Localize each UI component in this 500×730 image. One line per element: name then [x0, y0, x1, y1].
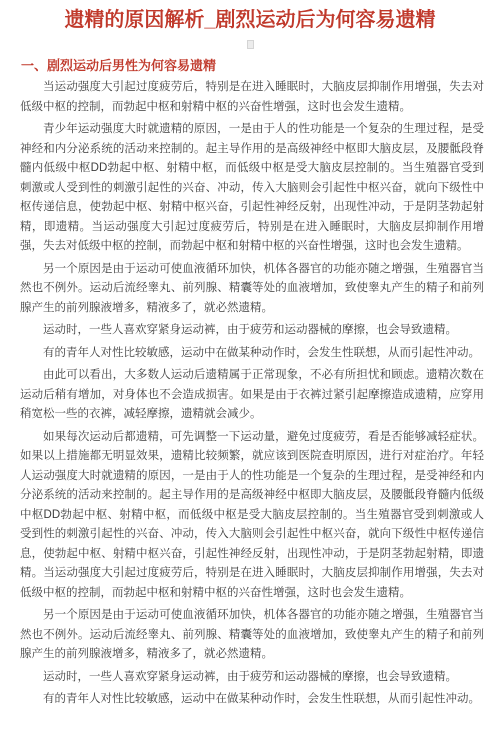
paragraph-7: 如果每次运动后都遗精，可先调整一下运动量，避免过度疲劳，看是否能够减轻症状。如果…	[20, 428, 484, 604]
ad-placeholder-icon	[247, 40, 254, 49]
article-page: 遗精的原因解析_剧烈运动后为何容易遗精 一、剧烈运动后男性为何容易遗精 当运动强…	[0, 0, 500, 730]
section-heading: 一、剧烈运动后男性为何容易遗精	[21, 57, 484, 74]
paragraph-3: 另一个原因是由于运动可使血液循环加快，机体各器官的功能亦随之增强，生殖器官当然也…	[20, 260, 484, 319]
paragraph-4: 运动时，一些人喜欢穿紧身运动裤，由于疲劳和运动器械的摩擦，也会导致遗精。	[20, 321, 484, 341]
paragraph-6: 由此可以看出，大多数人运动后遗精属于正常现象，不必有所担忧和顾虑。遗精次数在运动…	[20, 366, 484, 425]
paragraph-2: 青少年运动强度大时就遗精的原因，一是由于人的性功能是一个复杂的生理过程，是受神经…	[20, 120, 484, 257]
paragraph-5: 有的青年人对性比较敏感，运动中在做某种动作时，会发生性联想，从而引起性冲动。	[20, 344, 484, 364]
paragraph-9: 运动时，一些人喜欢穿紧身运动裤，由于疲劳和运动器械的摩擦，也会导致遗精。	[20, 668, 484, 688]
paragraph-8: 另一个原因是由于运动可使血液循环加快，机体各器官的功能亦随之增强，生殖器官当然也…	[20, 606, 484, 665]
article-body: 当运动强度大引起过度疲劳后，特别是在进入睡眠时，大脑皮层抑制作用增强，失去对低级…	[0, 78, 500, 710]
paragraph-1: 当运动强度大引起过度疲劳后，特别是在进入睡眠时，大脑皮层抑制作用增强，失去对低级…	[20, 78, 484, 117]
paragraph-10: 有的青年人对性比较敏感，运动中在做某种动作时，会发生性联想，从而引起性冲动。	[20, 690, 484, 710]
page-title: 遗精的原因解析_剧烈运动后为何容易遗精	[18, 7, 482, 33]
